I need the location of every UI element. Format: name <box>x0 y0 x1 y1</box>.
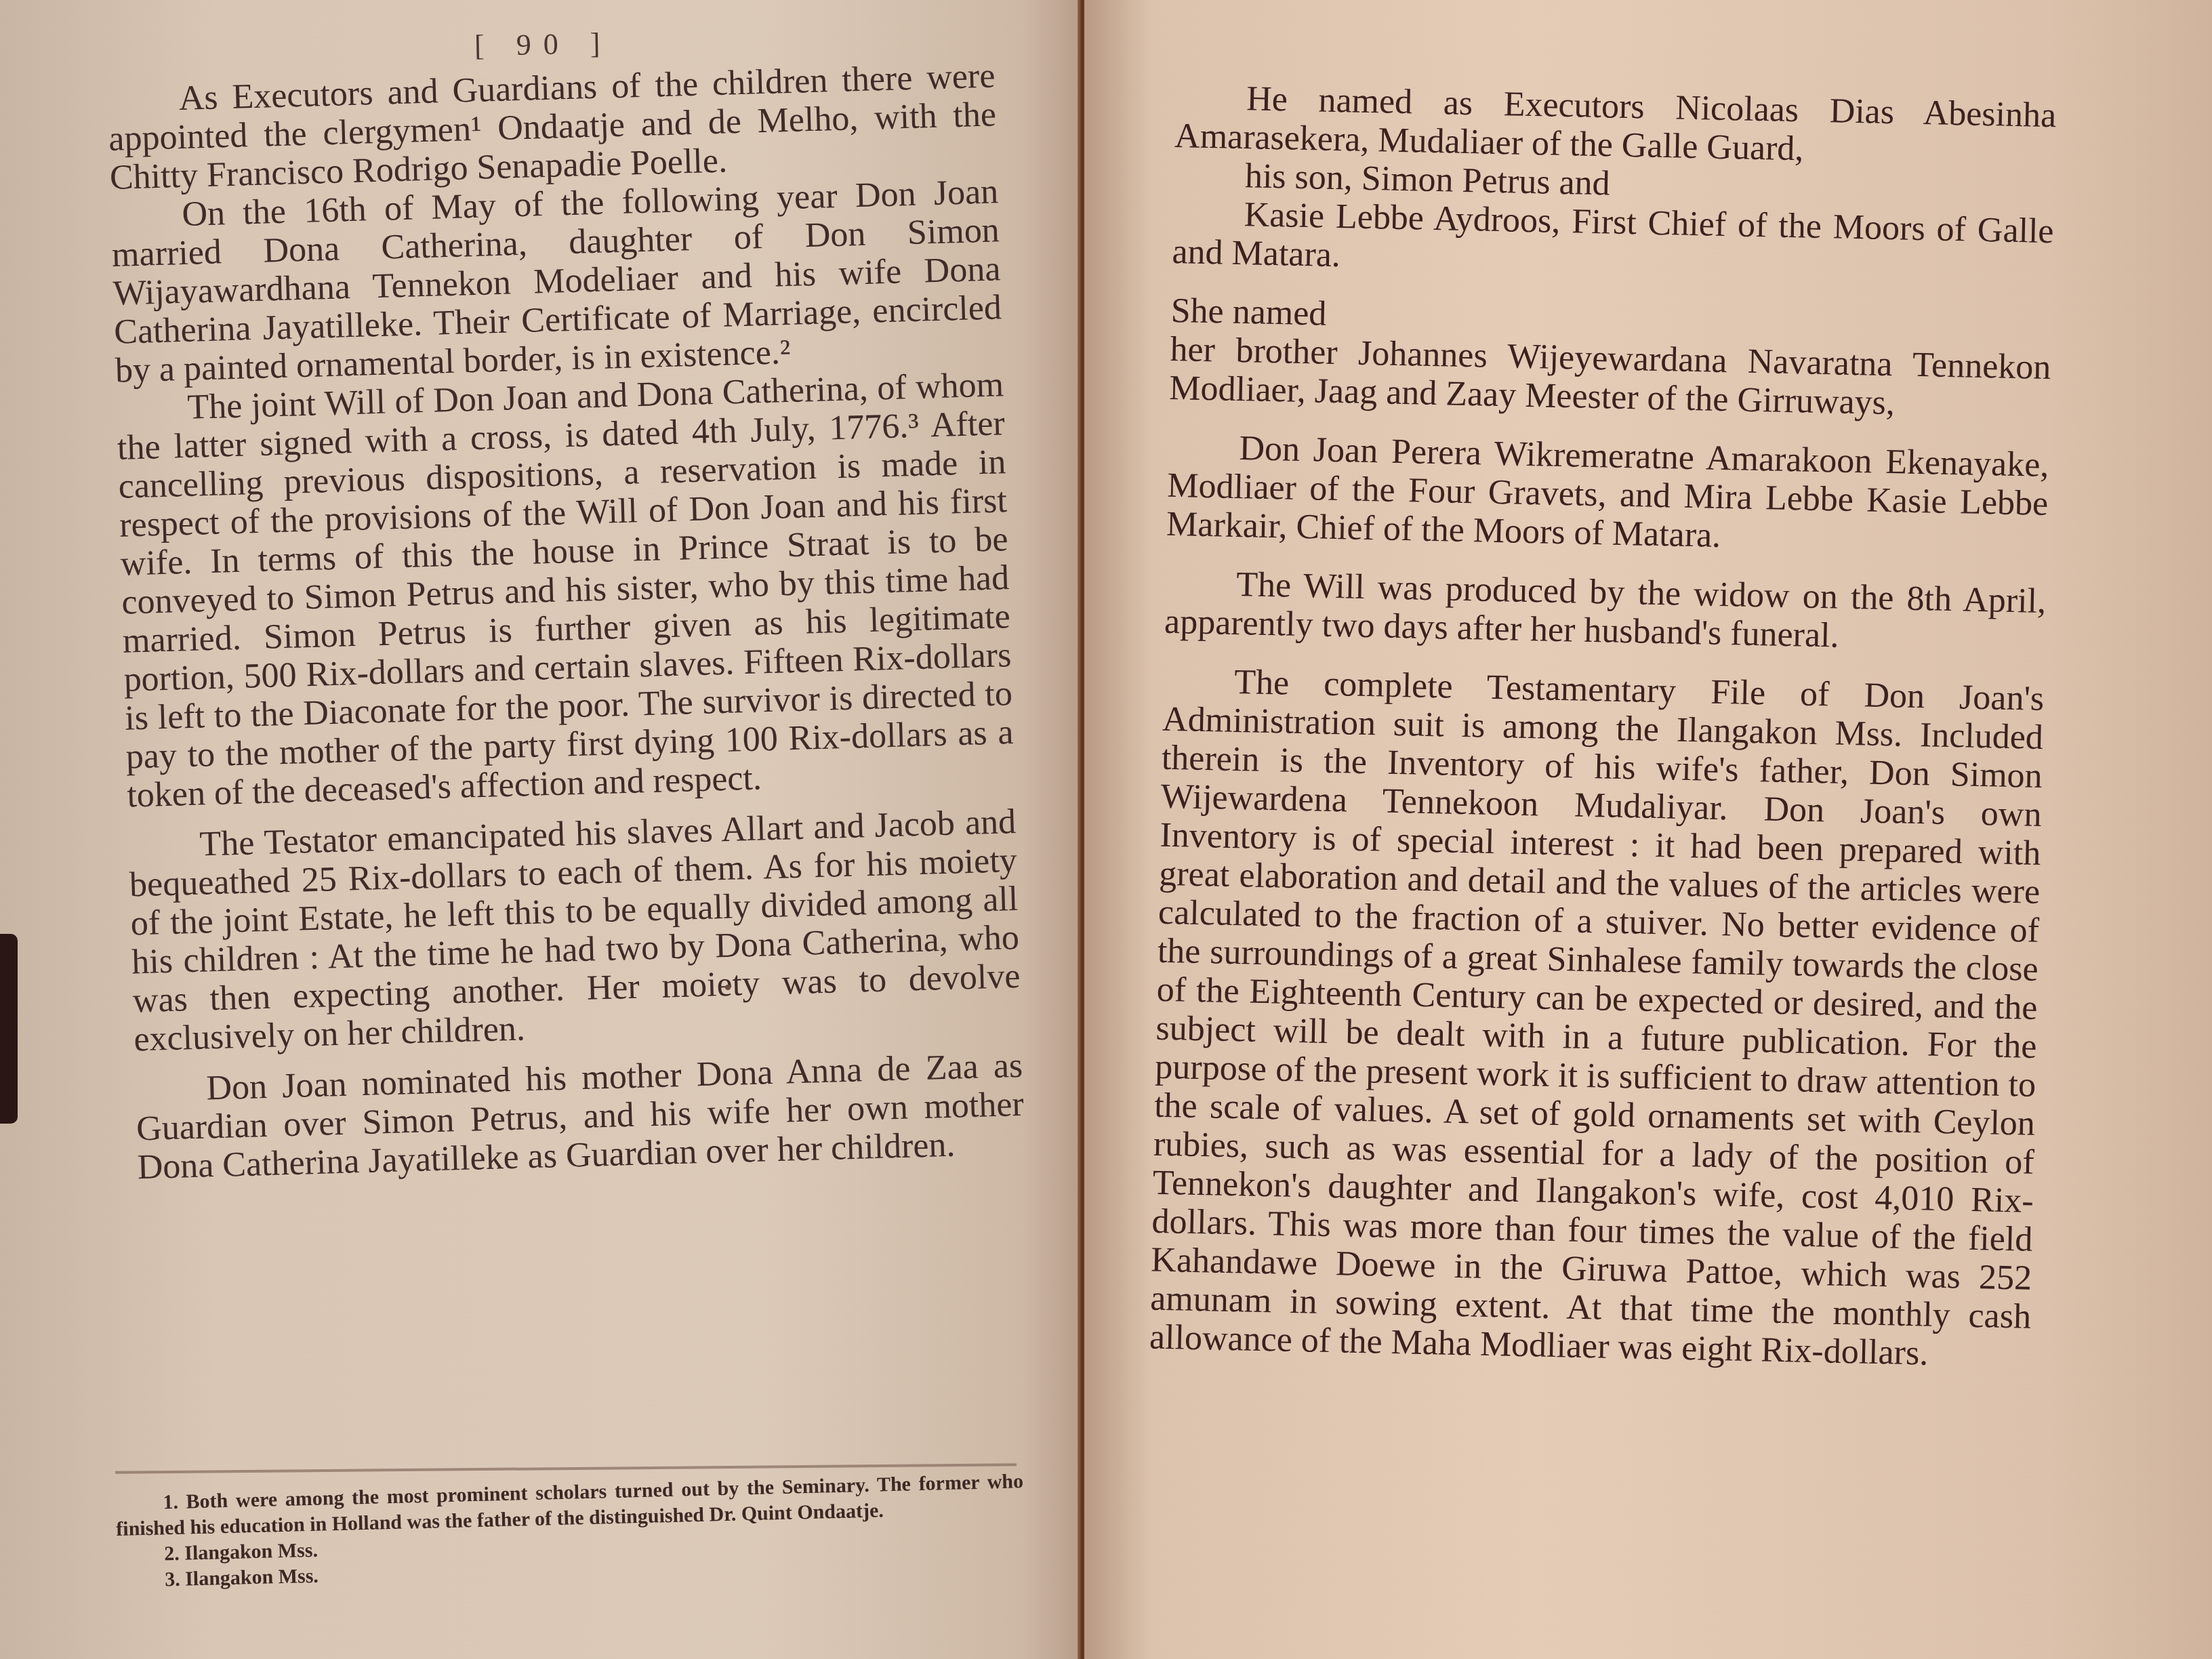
paragraph-don-joan-perera: Don Joan Perera Wikremeratne Amarakoon E… <box>1166 428 2049 562</box>
paragraph-will-produced: The Will was produced by the widow on th… <box>1164 564 2047 659</box>
paragraph-marriage: On the 16th of May of the following year… <box>110 172 1003 390</box>
thumb-shadow <box>0 934 18 1124</box>
paragraph-executors-named: He named as Executors Nicolaas Dias Abes… <box>1172 78 2057 289</box>
paragraph-testator-slaves: The Testator emancipated his slaves Alla… <box>128 802 1022 1059</box>
paragraph-she-named: She named her brother Johannes Wijeyewar… <box>1169 291 2052 426</box>
left-page-body: As Executors and Guardians of the childr… <box>107 56 1025 1187</box>
paragraph-testamentary-file: The complete Testamentary File of Don Jo… <box>1149 661 2044 1375</box>
footnotes: 1. Both were among the most prominent sc… <box>115 1469 1025 1594</box>
ink-speck <box>725 985 731 990</box>
page-number-90: [ 90 ] <box>474 26 613 63</box>
open-book-spread: [ 90 ] As Executors and Guardians of the… <box>0 0 2212 1659</box>
paragraph-guardians-nominated: Don Joan nominated his mother Dona Anna … <box>135 1046 1025 1187</box>
paragraph-joint-will: The joint Will of Don Joan and Dona Cath… <box>116 365 1015 815</box>
left-page: [ 90 ] As Executors and Guardians of the… <box>0 0 1078 1659</box>
right-page-body: He named as Executors Nicolaas Dias Abes… <box>1149 78 2057 1395</box>
